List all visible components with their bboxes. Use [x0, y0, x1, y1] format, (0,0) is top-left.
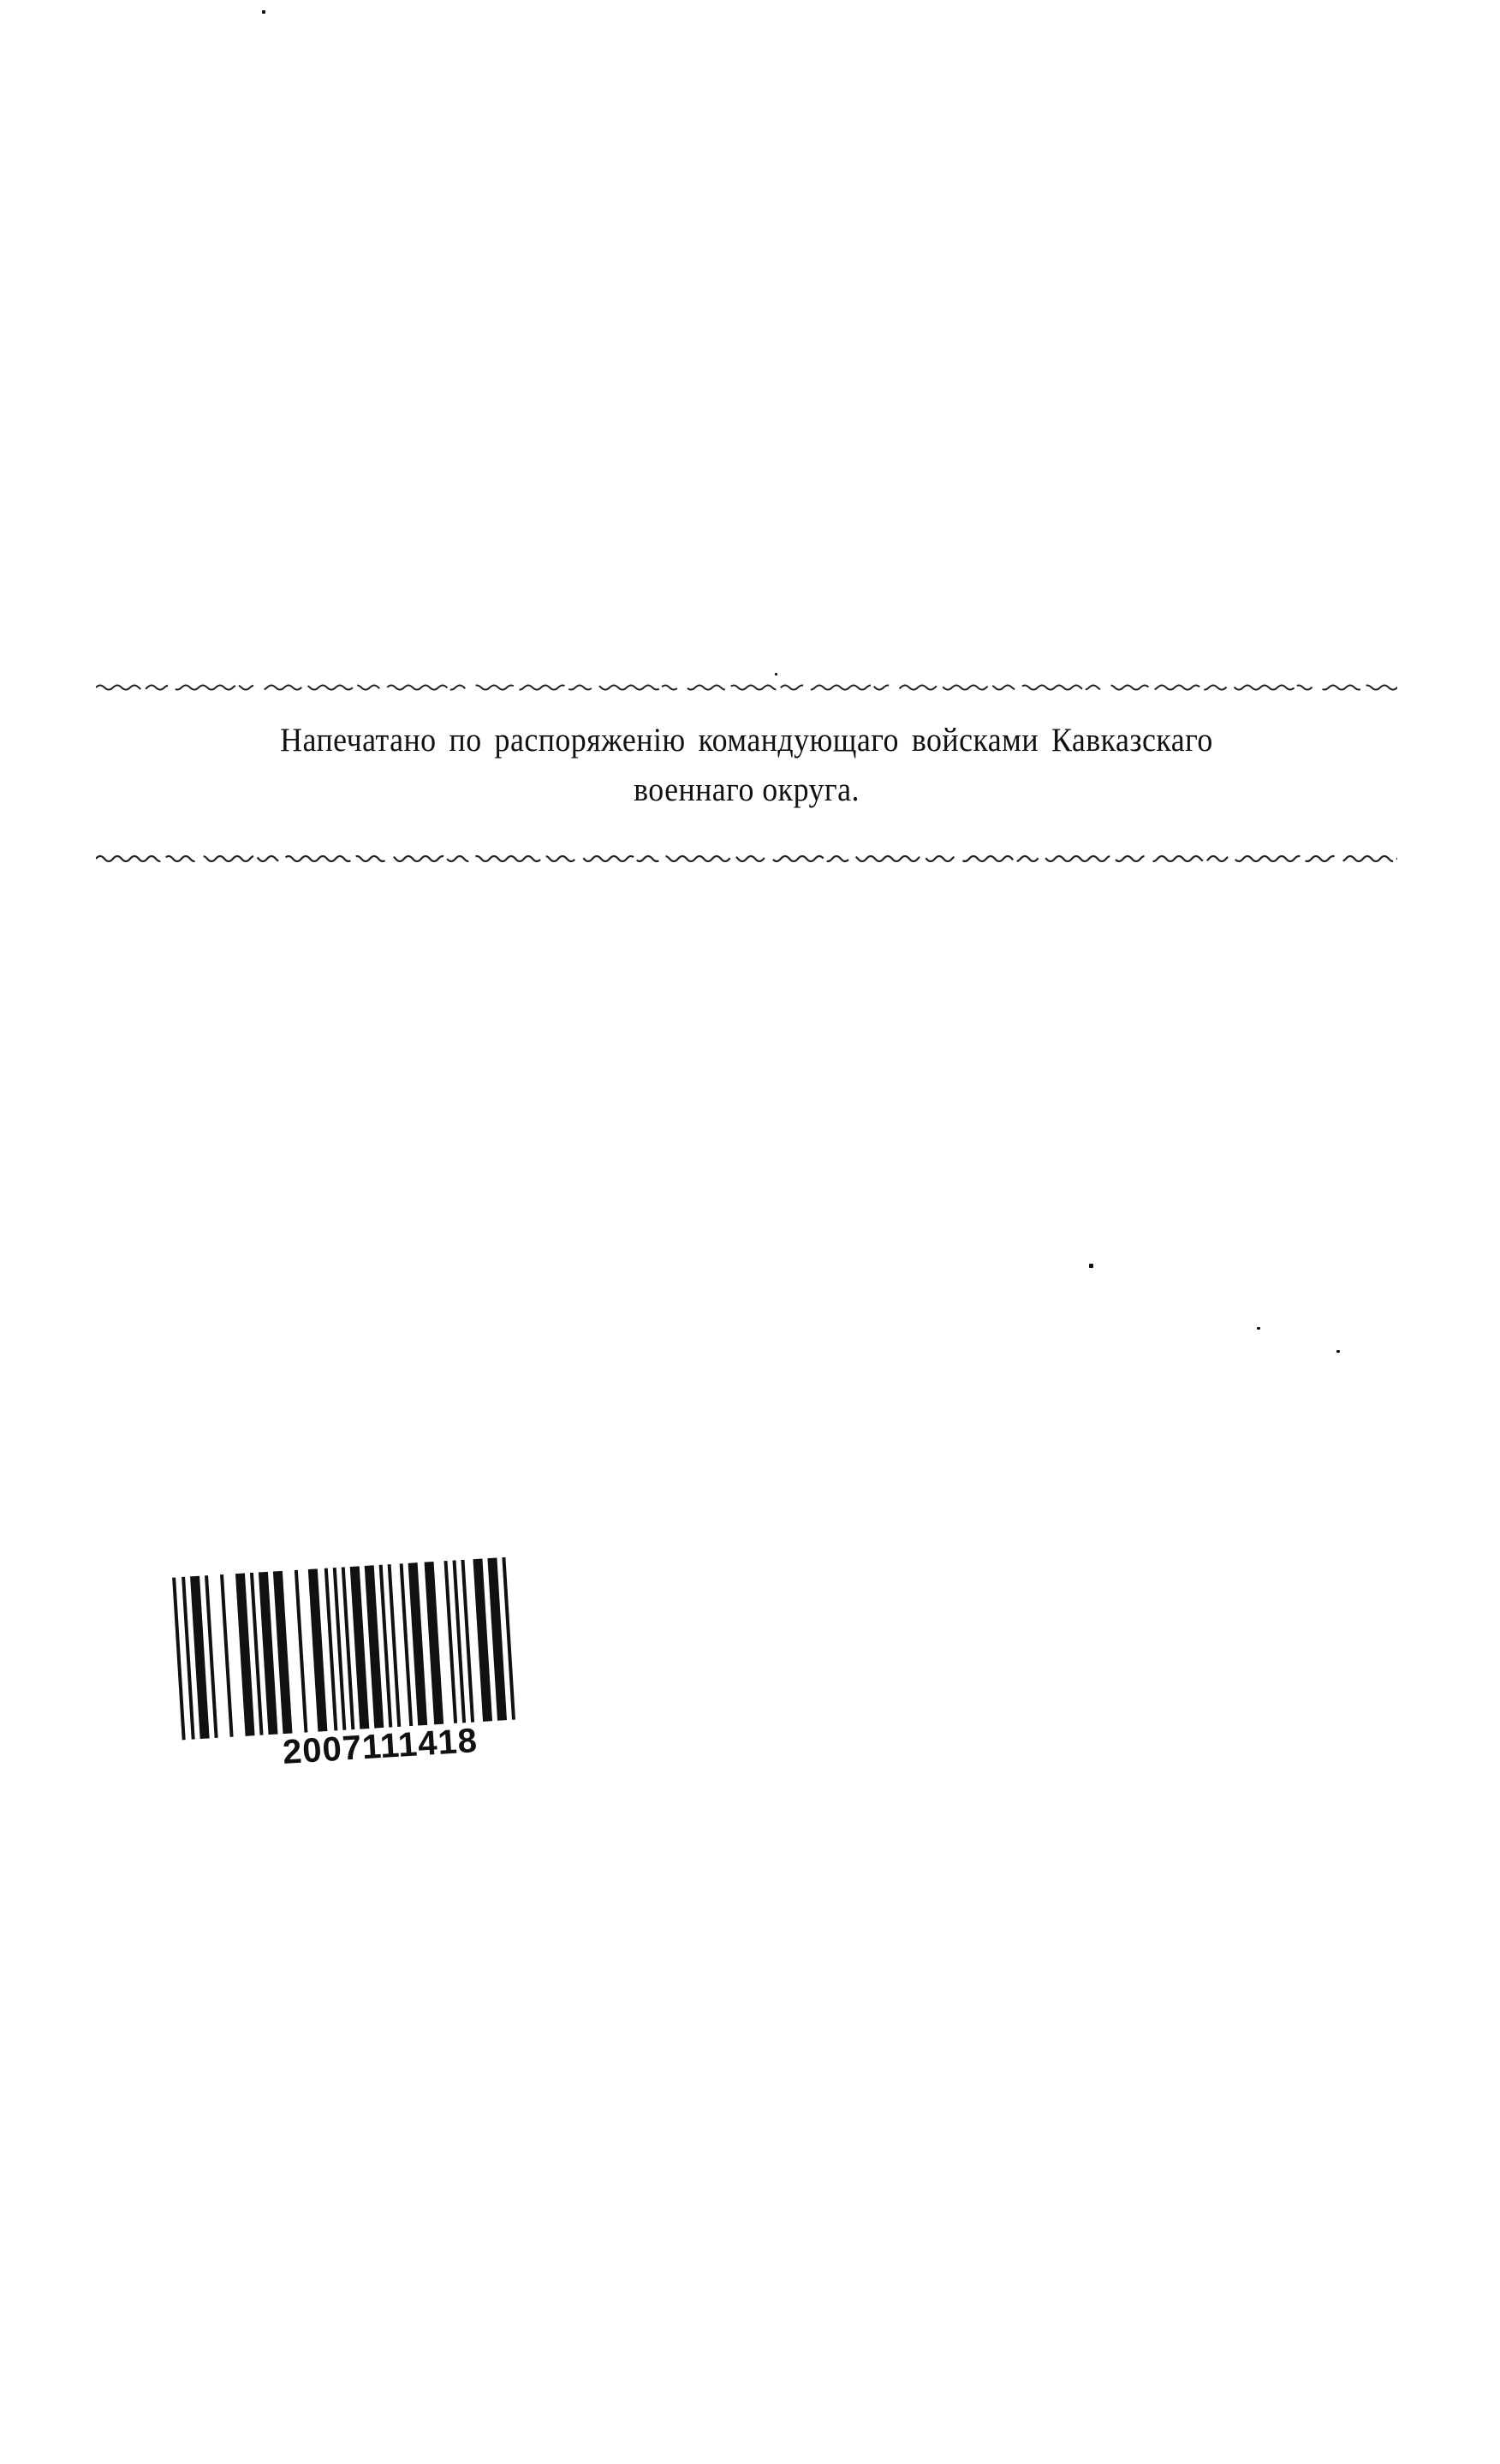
bottom-ornamental-rule — [96, 853, 1397, 865]
top-ornamental-rule — [96, 681, 1397, 693]
imprint-line-2: военнаго округа. — [148, 765, 1345, 815]
scan-speck — [1089, 1264, 1093, 1268]
scan-speck — [775, 673, 777, 676]
scan-speck — [262, 10, 265, 14]
scan-speck — [1257, 1327, 1260, 1330]
imprint-line-1: Напечатано по распоряженію командующаго … — [148, 716, 1345, 765]
scan-speck — [1336, 1350, 1340, 1353]
imprint-notice: Напечатано по распоряженію командующаго … — [148, 716, 1345, 815]
